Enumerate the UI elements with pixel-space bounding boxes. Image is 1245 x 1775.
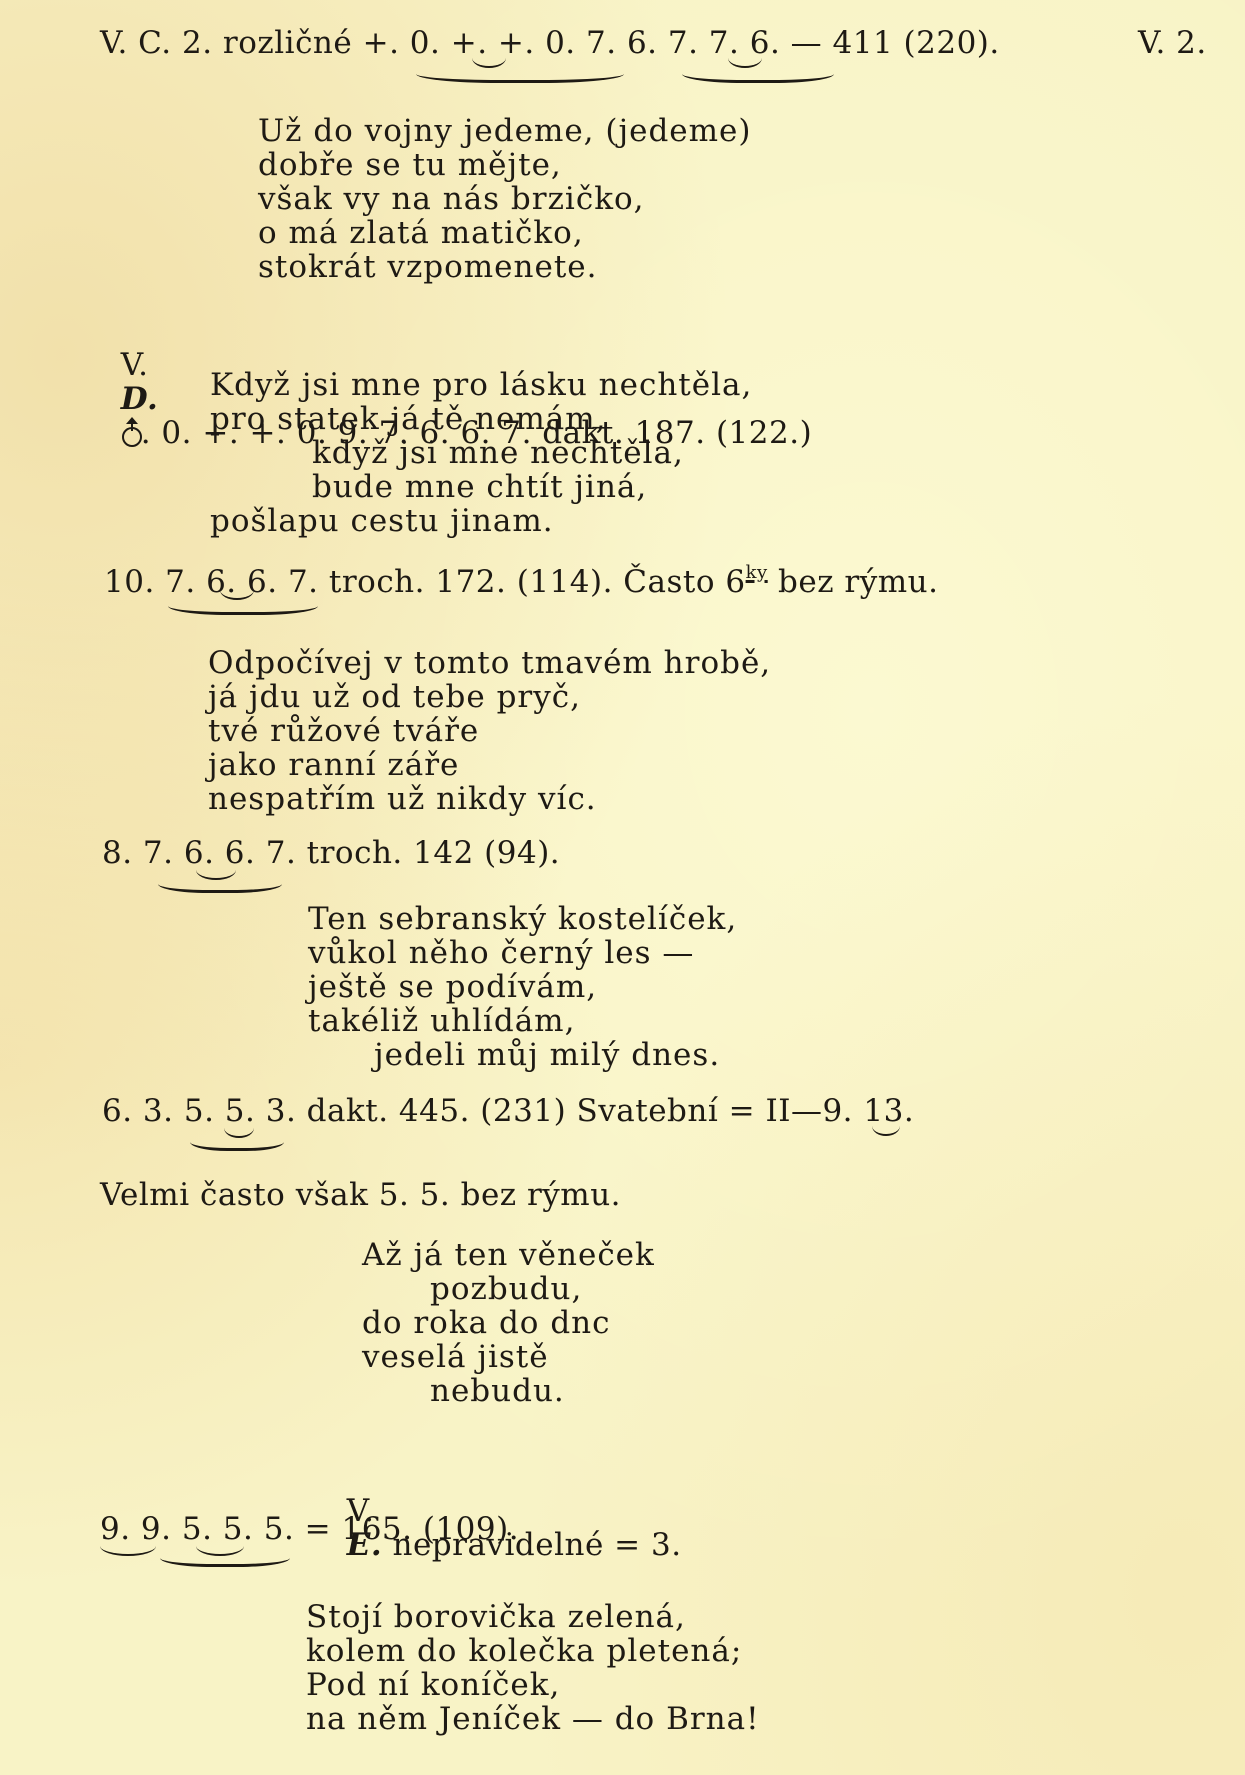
verse-line: do roka do dnc <box>362 1306 611 1340</box>
verse-line: však vy na nás brzičko, <box>258 182 645 216</box>
verse-line: nebudu. <box>430 1374 565 1408</box>
verse-line: stokrát vzpomenete. <box>258 250 598 284</box>
ligature-arc <box>196 1546 244 1556</box>
verse-line: Už do vojny jedeme, (jedeme) <box>258 114 751 148</box>
verse-line: jedeli můj milý dnes. <box>374 1038 720 1072</box>
grouping-brace <box>158 884 282 893</box>
grouping-brace <box>416 74 624 83</box>
heading-prefix: V. <box>121 347 149 383</box>
grouping-brace <box>682 74 834 83</box>
heading-letter: D. <box>121 381 159 417</box>
verse-line: Stojí borovička zelená, <box>306 1600 686 1634</box>
male-symbol-icon <box>121 419 141 447</box>
verse-line: bude mne chtít jiná, <box>312 470 647 504</box>
ligature-arc <box>224 1128 254 1138</box>
grouping-brace <box>168 606 318 615</box>
running-head: V. 2. <box>1138 26 1207 60</box>
verse-line: Pod ní koníček, <box>306 1668 560 1702</box>
verse-line: Až já ten věneček <box>362 1238 655 1272</box>
verse-line: pro statek já tě nemám, <box>210 402 607 436</box>
section-note-6: Velmi často však 5. 5. bez rýmu. <box>100 1178 621 1212</box>
verse-line: dobře se tu mějte, <box>258 148 562 182</box>
heading-tail: bez rýmu. <box>768 564 939 600</box>
section-heading-6: 6. 3. 5. 5. 3. dakt. 445. (231) Svatební… <box>102 1094 914 1128</box>
verse-line: pozbudu, <box>430 1272 582 1306</box>
verse-line: kolem do kolečka pletená; <box>306 1634 742 1668</box>
grouping-brace <box>190 1142 284 1151</box>
verse-line: tvé růžové tváře <box>208 714 479 748</box>
verse-line: jako ranní záře <box>208 748 459 782</box>
ligature-arc <box>472 58 506 68</box>
ligature-arc <box>100 1546 156 1556</box>
verse-line: Ten sebranský kostelíček, <box>308 902 737 936</box>
verse-line: Odpočívej v tomto tmavém hrobě, <box>208 646 771 680</box>
verse-line: nespatřím už nikdy víc. <box>208 782 597 816</box>
section-heading-9: 9. 9. 5. 5. 5. = 165. (109). <box>100 1512 519 1546</box>
verse-line: když jsi mne nechtěla, <box>312 436 684 470</box>
verse-line: veselá jistě <box>362 1340 549 1374</box>
heading-text: 10. 7. 6. 6. 7. troch. 172. (114). Často… <box>104 564 746 600</box>
ligature-arc <box>872 1126 900 1136</box>
verse-line: takéliž uhlídám, <box>308 1004 575 1038</box>
verse-line: ještě se podívám, <box>308 970 597 1004</box>
verse-line: pošlapu cestu jinam. <box>210 504 554 538</box>
verse-line: o má zlatá matičko, <box>258 216 584 250</box>
ligature-arc <box>196 870 236 880</box>
verse-line: na něm Jeníček — do Brna! <box>306 1702 760 1736</box>
section-heading-vc2: V. C. 2. rozličné +. 0. +. +. 0. 7. 6. 7… <box>100 26 1000 60</box>
grouping-brace <box>160 1558 290 1567</box>
verse-line: vůkol něho černý les — <box>308 936 694 970</box>
section-heading-8: 8. 7. 6. 6. 7. troch. 142 (94). <box>102 836 560 870</box>
verse-line: Když jsi mne pro lásku nechtěla, <box>210 368 752 402</box>
heading-superscript: ky <box>746 562 768 583</box>
verse-line: já jdu už od tebe pryč, <box>208 680 581 714</box>
ligature-arc <box>728 58 762 68</box>
